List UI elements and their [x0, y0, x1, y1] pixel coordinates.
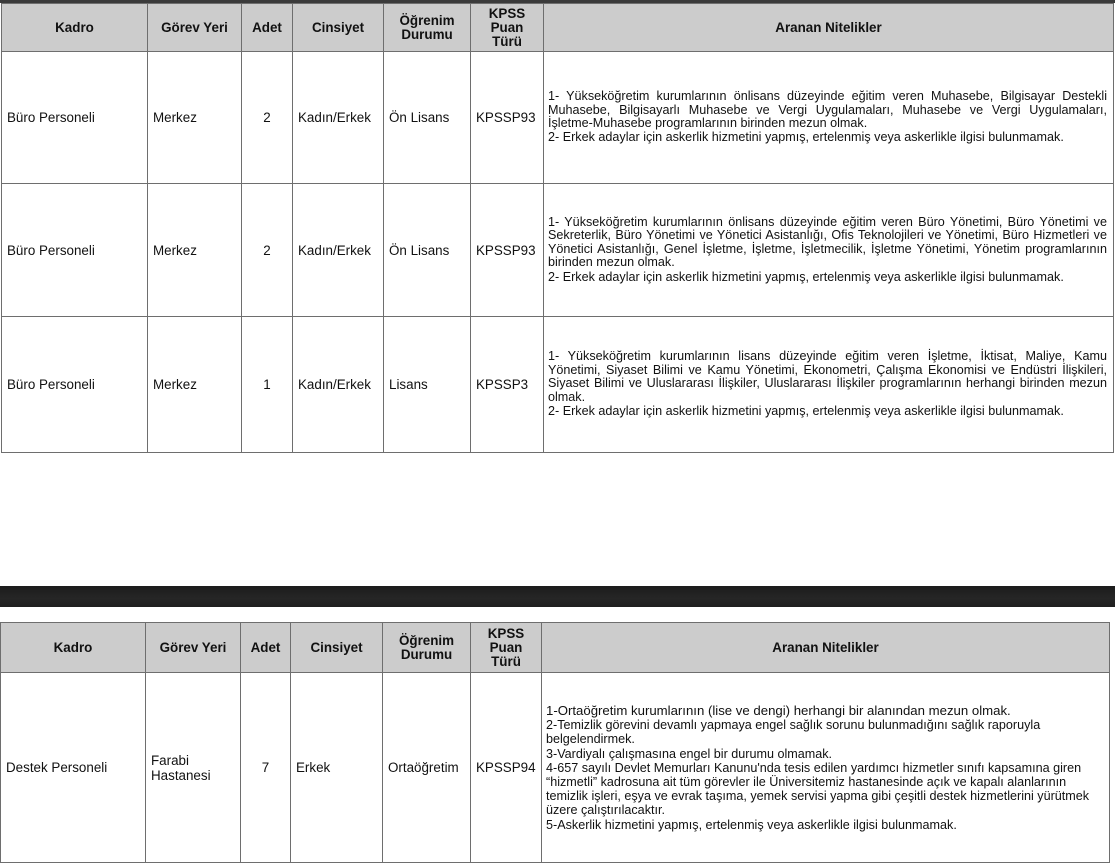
requirement-item: 1- Yükseköğretim kurumlarının lisans düz… [548, 350, 1107, 404]
cell-kadro: Büro Personeli [2, 184, 148, 317]
cell-cinsiyet: Kadın/Erkek [293, 52, 384, 184]
cell-kpss-puan-turu: KPSSP93 [471, 184, 544, 317]
column-header-aranan-nitelikler: Aranan Nitelikler [544, 4, 1114, 52]
column-header-gorev-yeri: Görev Yeri [148, 4, 242, 52]
requirement-item: 2-Temizlik görevini devamlı yapmaya enge… [546, 718, 1103, 746]
requirement-item: 1- Yükseköğretim kurumlarının önlisans d… [548, 90, 1107, 130]
header-line: Puan [490, 640, 523, 655]
column-header-kpss-puan-turu: KPSSPuanTürü [471, 623, 542, 673]
requirement-item: 4-657 sayılı Devlet Memurları Kanunu'nda… [546, 761, 1103, 818]
cell-aranan-nitelikler: 1- Yükseköğretim kurumlarının lisans düz… [544, 317, 1114, 453]
column-header-cinsiyet: Cinsiyet [291, 623, 383, 673]
header-line: Öğrenim [399, 13, 454, 28]
cell-gorev-yeri: Merkez [148, 184, 242, 317]
cell-adet: 7 [241, 673, 291, 863]
cell-gorev-yeri: Merkez [148, 317, 242, 453]
table-row: Büro Personeli Merkez 2 Kadın/Erkek Ön L… [2, 184, 1114, 317]
requirement-item: 3-Vardiyalı çalışmasına engel bir durumu… [546, 747, 1103, 761]
table-row: Destek Personeli Farabi Hastanesi 7 Erke… [1, 673, 1110, 863]
header-line: Türü [491, 654, 521, 669]
page-break-divider [0, 586, 1115, 607]
requirement-item: 1-Ortaöğretim kurumlarının (lise ve deng… [546, 703, 1103, 718]
header-line: KPSS [489, 6, 525, 21]
requirement-item: 1- Yükseköğretim kurumlarının önlisans d… [548, 216, 1107, 270]
requirement-item: 5-Askerlik hizmetini yapmış, ertelenmiş … [546, 818, 1103, 832]
table-header-row: Kadro Görev Yeri Adet Cinsiyet ÖğrenimDu… [2, 4, 1114, 52]
column-header-adet: Adet [242, 4, 293, 52]
cell-kpss-puan-turu: KPSSP3 [471, 317, 544, 453]
cell-ogrenim-durumu: Ön Lisans [384, 184, 471, 317]
column-header-ogrenim-durumu: ÖğrenimDurumu [384, 4, 471, 52]
cell-cinsiyet: Erkek [291, 673, 383, 863]
table-row: Büro Personeli Merkez 1 Kadın/Erkek Lisa… [2, 317, 1114, 453]
column-header-ogrenim-durumu: ÖğrenimDurumu [383, 623, 471, 673]
cell-cinsiyet: Kadın/Erkek [293, 184, 384, 317]
cell-adet: 2 [242, 184, 293, 317]
requirement-item: 2- Erkek adaylar için askerlik hizmetini… [548, 405, 1107, 418]
table-row: Büro Personeli Merkez 2 Kadın/Erkek Ön L… [2, 52, 1114, 184]
cell-kadro: Büro Personeli [2, 317, 148, 453]
column-header-kadro: Kadro [2, 4, 148, 52]
cell-aranan-nitelikler: 1- Yükseköğretim kurumlarının önlisans d… [544, 184, 1114, 317]
cell-aranan-nitelikler: 1-Ortaöğretim kurumlarının (lise ve deng… [542, 673, 1110, 863]
column-header-adet: Adet [241, 623, 291, 673]
cell-ogrenim-durumu: Ön Lisans [384, 52, 471, 184]
header-line: Puan [491, 20, 524, 35]
positions-table-2: Kadro Görev Yeri Adet Cinsiyet ÖğrenimDu… [0, 622, 1110, 863]
column-header-kadro: Kadro [1, 623, 146, 673]
column-header-gorev-yeri: Görev Yeri [146, 623, 241, 673]
header-line: Türü [492, 34, 522, 49]
table-header-row: Kadro Görev Yeri Adet Cinsiyet ÖğrenimDu… [1, 623, 1110, 673]
header-line: Durumu [401, 647, 452, 662]
requirement-item: 2- Erkek adaylar için askerlik hizmetini… [548, 271, 1107, 284]
requirement-item: 2- Erkek adaylar için askerlik hizmetini… [548, 131, 1107, 144]
column-header-aranan-nitelikler: Aranan Nitelikler [542, 623, 1110, 673]
cell-ogrenim-durumu: Ortaöğretim [383, 673, 471, 863]
cell-cinsiyet: Kadın/Erkek [293, 317, 384, 453]
cell-kpss-puan-turu: KPSSP94 [471, 673, 542, 863]
column-header-cinsiyet: Cinsiyet [293, 4, 384, 52]
header-line: Öğrenim [399, 633, 454, 648]
cell-aranan-nitelikler: 1- Yükseköğretim kurumlarının önlisans d… [544, 52, 1114, 184]
cell-kadro: Destek Personeli [1, 673, 146, 863]
cell-adet: 2 [242, 52, 293, 184]
cell-gorev-yeri: Farabi Hastanesi [146, 673, 241, 863]
header-line: KPSS [488, 626, 524, 641]
cell-adet: 1 [242, 317, 293, 453]
positions-table-1: Kadro Görev Yeri Adet Cinsiyet ÖğrenimDu… [1, 3, 1114, 453]
column-header-kpss-puan-turu: KPSSPuanTürü [471, 4, 544, 52]
cell-kadro: Büro Personeli [2, 52, 148, 184]
header-line: Durumu [401, 27, 452, 42]
cell-kpss-puan-turu: KPSSP93 [471, 52, 544, 184]
cell-gorev-yeri: Merkez [148, 52, 242, 184]
cell-ogrenim-durumu: Lisans [384, 317, 471, 453]
